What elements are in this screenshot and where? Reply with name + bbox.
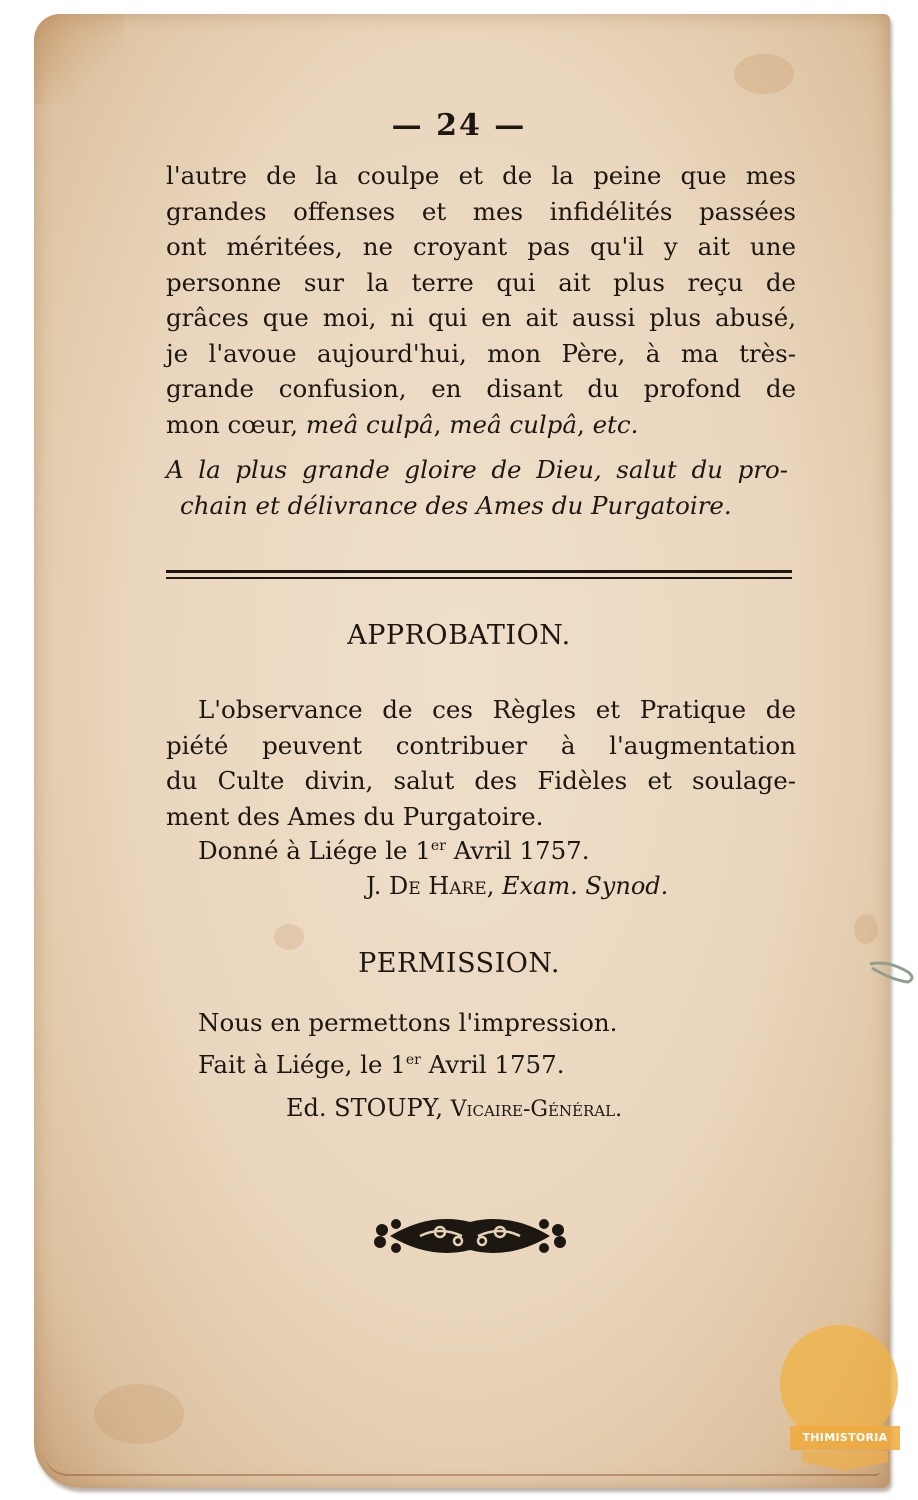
text-roman: mon cœur, [166, 410, 306, 439]
permission-line: Nous en permettons l'impression. [198, 1008, 617, 1037]
binding-string-icon [868, 950, 918, 1000]
signatory-title: Exam. Synod. [502, 872, 668, 900]
text-line: l'autre de la coulpe et de la peine que … [166, 158, 796, 194]
signatory-name: J. De Hare [366, 872, 487, 900]
text-sep: , [487, 872, 502, 900]
book-icon [802, 1451, 888, 1471]
text-line: du Culte divin, salut des Fidèles et sou… [166, 763, 796, 799]
approbation-heading: APPROBATION. [0, 620, 918, 651]
date-text: Fait à Liége, le 1 [198, 1050, 406, 1079]
double-rule-top [166, 570, 792, 573]
watermark-label: THIMISTORIA [790, 1426, 900, 1450]
text-line: je l'avoue aujourd'hui, mon Père, à ma t… [166, 336, 796, 372]
date-text: Avril 1757. [421, 1050, 565, 1079]
text-line: ment des Ames du Purgatoire. [166, 799, 796, 835]
text-line: personne sur la terre qui ait plus reçu … [166, 265, 796, 301]
signatory-name: Ed. STOUPY, [286, 1094, 451, 1122]
date-text: Avril 1757. [446, 836, 590, 865]
page-number: — 24 — [0, 108, 918, 143]
text-italic: meâ culpâ [449, 410, 577, 439]
date-text: Donné à Liége le 1 [198, 836, 431, 865]
ordinal-sup: er [406, 1052, 421, 1068]
text-line: grande confusion, en disant du profond d… [166, 371, 796, 407]
signatory-title: Vicaire-Général. [451, 1097, 622, 1122]
dedication-line: chain et délivrance des Ames du Purgatoi… [166, 488, 788, 524]
text-italic: meâ culpâ [306, 410, 434, 439]
dedication: A la plus grande gloire de Dieu, salut d… [166, 452, 788, 523]
decorative-ornament-icon [370, 1208, 570, 1264]
permission-signatory: Ed. STOUPY, Vicaire-Général. [286, 1094, 622, 1122]
continuation-paragraph: l'autre de la coulpe et de la peine que … [166, 158, 796, 442]
approbation-body: L'observance de ces Règles et Pratique d… [166, 692, 796, 834]
permission-date: Fait à Liége, le 1er Avril 1757. [198, 1050, 565, 1079]
text-line-last: mon cœur, meâ culpâ, meâ culpâ, etc. [166, 407, 796, 443]
text-line: ont méritées, ne croyant pas qu'il y ait… [166, 229, 796, 265]
double-rule-bottom [166, 577, 792, 579]
ordinal-sup: er [431, 838, 446, 854]
text-line: L'observance de ces Règles et Pratique d… [166, 692, 796, 728]
approbation-date: Donné à Liége le 1er Avril 1757. [198, 836, 590, 865]
permission-heading: PERMISSION. [0, 948, 918, 979]
text-italic: etc. [593, 410, 639, 439]
text-sep: , [434, 410, 450, 439]
approbation-signatory: J. De Hare, Exam. Synod. [366, 872, 668, 900]
thimistoria-watermark: THIMISTORIA [780, 1325, 910, 1490]
text-line: grandes offenses et mes infidélités pass… [166, 194, 796, 230]
text-line: grâces que moi, ni qui en ait aussi plus… [166, 300, 796, 336]
text-sep: , [577, 410, 593, 439]
text-line: piété peuvent contribuer à l'augmentatio… [166, 728, 796, 764]
dedication-line: A la plus grande gloire de Dieu, salut d… [166, 452, 788, 488]
